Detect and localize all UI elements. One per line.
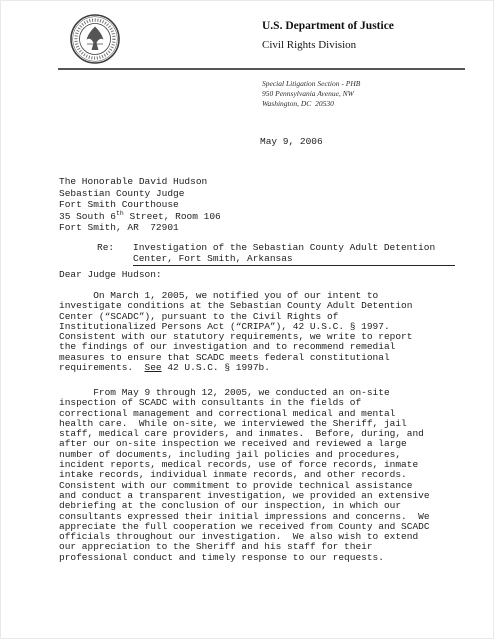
re-subject-line-2: Center, Fort Smith, Arkansas xyxy=(133,253,455,266)
re-subject-line-1: Investigation of the Sebastian County Ad… xyxy=(133,242,435,253)
text-line: The Honorable David Hudson xyxy=(59,176,221,188)
letter-date: May 9, 2006 xyxy=(260,136,323,147)
text-line: Fort Smith, AR 72901 xyxy=(59,222,221,234)
text-line: Special Litigation Section - PHB xyxy=(262,79,360,89)
recipient-address-block: The Honorable David HudsonSebastian Coun… xyxy=(59,176,221,234)
text-line: requirements. See 42 U.S.C. § 1997b. xyxy=(59,363,412,373)
re-label: Re: xyxy=(97,242,114,253)
text-line: Fort Smith Courthouse xyxy=(59,199,221,211)
doj-seal-icon xyxy=(69,13,121,65)
body-paragraph-1: On March 1, 2005, we notified you of our… xyxy=(59,291,412,373)
letter-page: U.S. Department of Justice Civil Rights … xyxy=(0,0,494,639)
text-line: 35 South 6th Street, Room 106 xyxy=(59,211,221,223)
letterhead-rule xyxy=(58,68,465,70)
text-line: 950 Pennsylvania Avenue, NW xyxy=(262,89,360,99)
division-name: Civil Rights Division xyxy=(262,39,356,51)
text-line: Washington, DC 20530 xyxy=(262,99,360,109)
agency-name: U.S. Department of Justice xyxy=(262,20,394,32)
office-address-block: Special Litigation Section - PHB950 Penn… xyxy=(262,79,360,109)
body-paragraph-2: From May 9 through 12, 2005, we conducte… xyxy=(59,388,430,563)
text-line: professional conduct and timely response… xyxy=(59,553,430,563)
salutation: Dear Judge Hudson: xyxy=(59,269,162,280)
text-line: Sebastian County Judge xyxy=(59,188,221,200)
